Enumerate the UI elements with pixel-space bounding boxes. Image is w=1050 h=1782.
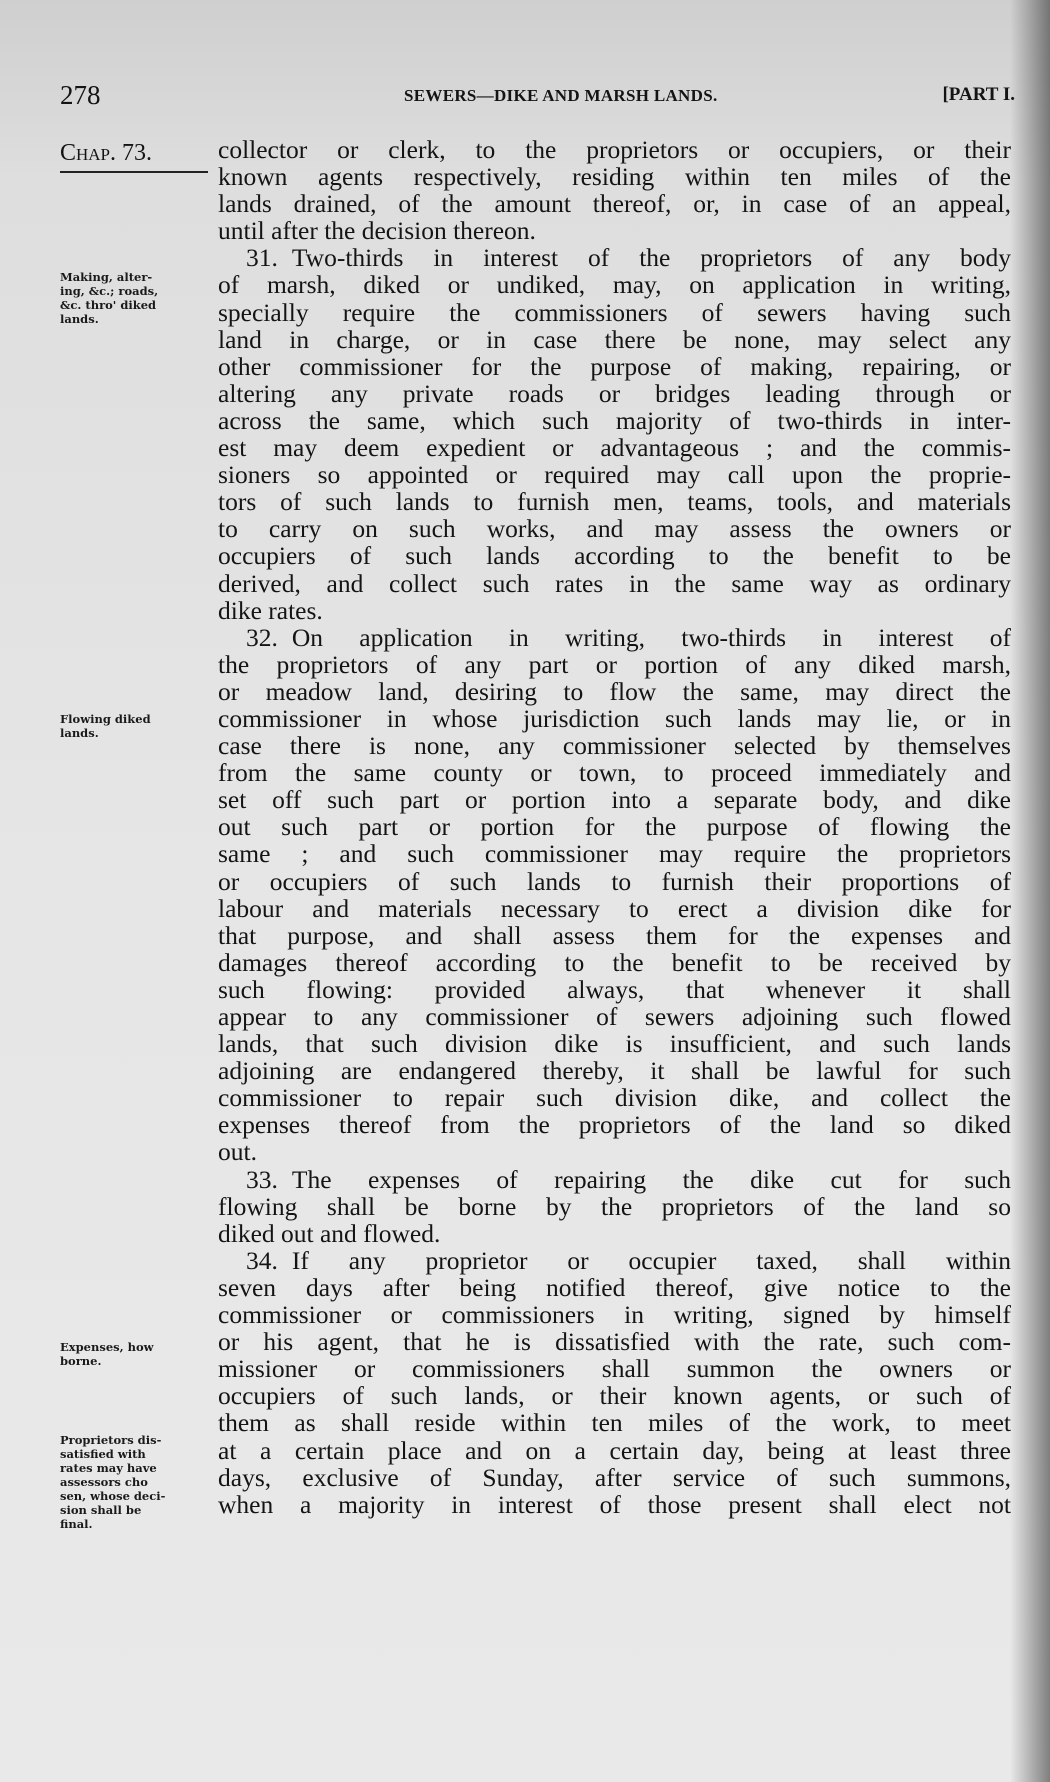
section-number: 34.: [246, 1246, 278, 1275]
margin-note-section-31: Making, alter- ing, &c.; roads, &c. thro…: [60, 270, 210, 326]
scanned-page: 278 SEWERS—DIKE AND MARSH LANDS. [PART I…: [0, 0, 1050, 1782]
part-label: [PART I.: [942, 84, 1015, 106]
margin-note-section-33: Expenses, how borne.: [60, 1340, 210, 1368]
section-number: 33.: [246, 1165, 278, 1194]
continuation-paragraph: collector or clerk, to the proprietors o…: [218, 136, 1011, 244]
running-head: 278 SEWERS—DIKE AND MARSH LANDS. [PART I…: [60, 80, 1015, 114]
body-text: collector or clerk, to the proprietors o…: [218, 136, 1011, 1518]
margin-note-section-34: Proprietors dis- satisfied with rates ma…: [60, 1433, 210, 1531]
chapter-label: Chap. 73.: [60, 140, 208, 173]
section-34: 34.If any proprietor or occupier taxed, …: [218, 1247, 1011, 1518]
section-number: 32.: [246, 623, 278, 652]
section-32: 32.On application in writing, two-thirds…: [218, 624, 1011, 1166]
section-31: 31.Two-thirds in interest of the proprie…: [218, 244, 1011, 623]
section-number: 31.: [246, 243, 278, 272]
page-number: 278: [60, 80, 101, 111]
running-title: SEWERS—DIKE AND MARSH LANDS.: [404, 86, 718, 106]
section-33: 33.The expenses of repairing the dike cu…: [218, 1166, 1011, 1247]
margin-note-section-32: Flowing diked lands.: [60, 712, 210, 740]
